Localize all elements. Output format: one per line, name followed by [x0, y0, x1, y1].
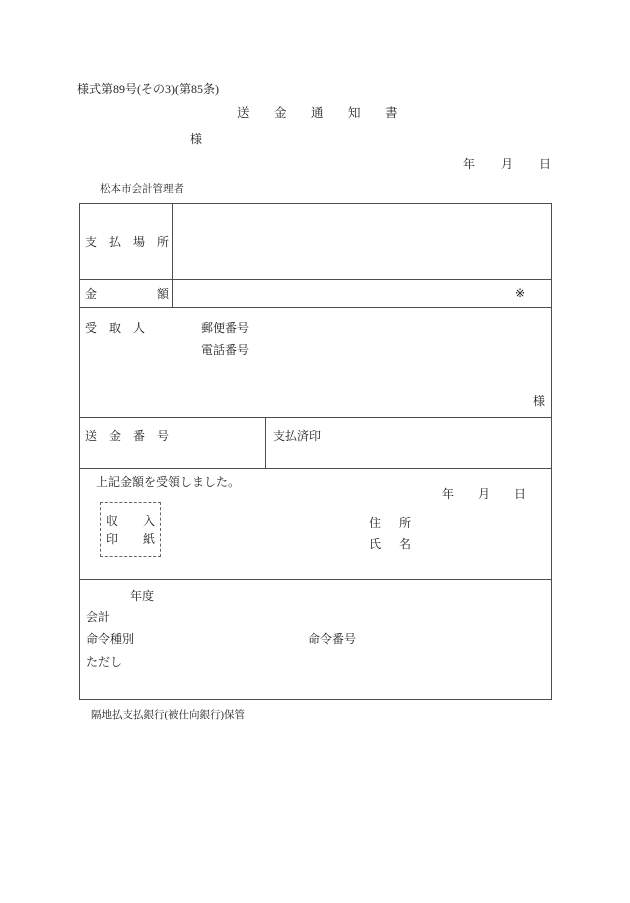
- proviso-label: ただし: [86, 653, 122, 670]
- paid-seal-cell: 支払済印: [266, 418, 551, 468]
- revenue-stamp-line1: 収 入: [106, 512, 155, 530]
- revenue-stamp-line2: 印 紙: [106, 530, 155, 548]
- receipt-section: 上記金額を受領しました。 年月日 収 入 印 紙 住 所 氏 名: [80, 468, 551, 579]
- issue-date-line: 年月日: [463, 155, 577, 172]
- address-label: 住 所: [369, 514, 414, 531]
- addressee-sama: 様: [190, 130, 202, 147]
- receipt-statement: 上記金額を受領しました。: [96, 473, 240, 490]
- payment-place-field: [173, 204, 551, 279]
- revenue-stamp-box: 収 入 印 紙: [100, 502, 161, 557]
- reference-mark: ※: [515, 286, 525, 301]
- name-label: 氏 名: [369, 535, 414, 552]
- amount-row: 金 額 ※: [80, 279, 551, 307]
- form-table: 支 払 場 所 金 額 ※ 受 取 人 郵便番号 電話番号 様 送 金 番 号 …: [79, 203, 552, 700]
- order-type-label: 命令種別: [86, 630, 134, 647]
- payment-place-row: 支 払 場 所: [80, 204, 551, 279]
- remittance-notice-page: 様式第89号(その3)(第85条) 送金通知書 様 年月日 松本市会計管理者 支…: [0, 0, 630, 903]
- order-number-label: 命令番号: [308, 630, 356, 647]
- remittance-number-cell: 送 金 番 号: [80, 418, 266, 468]
- remittance-number-row: 送 金 番 号 支払済印: [80, 417, 551, 468]
- account-label: 会計: [86, 608, 110, 625]
- custody-note: 隔地払支払銀行(被仕向銀行)保管: [91, 707, 245, 722]
- postal-code-label: 郵便番号: [201, 319, 249, 336]
- account-manager-name: 松本市会計管理者: [100, 181, 184, 196]
- payee-label: 受 取 人: [85, 319, 145, 336]
- fiscal-year-label: 年度: [130, 587, 154, 604]
- amount-label-cell: 金 額: [80, 280, 173, 307]
- payment-place-label: 支 払 場 所: [85, 233, 169, 250]
- accounting-section: 年度 会計 命令種別 命令番号 ただし: [80, 579, 551, 699]
- payee-sama-suffix: 様: [533, 392, 545, 409]
- form-number: 様式第89号(その3)(第85条): [77, 80, 219, 97]
- payee-row: 受 取 人 郵便番号 電話番号 様: [80, 307, 551, 417]
- amount-label: 金 額: [85, 285, 169, 302]
- payment-place-label-cell: 支 払 場 所: [80, 204, 173, 279]
- paid-seal-label: 支払済印: [273, 429, 321, 443]
- remittance-number-label: 送 金 番 号: [85, 427, 169, 444]
- amount-field: ※: [173, 280, 551, 307]
- phone-number-label: 電話番号: [201, 341, 249, 358]
- document-title: 送金通知書: [237, 103, 422, 121]
- receipt-date-line: 年月日: [442, 485, 550, 502]
